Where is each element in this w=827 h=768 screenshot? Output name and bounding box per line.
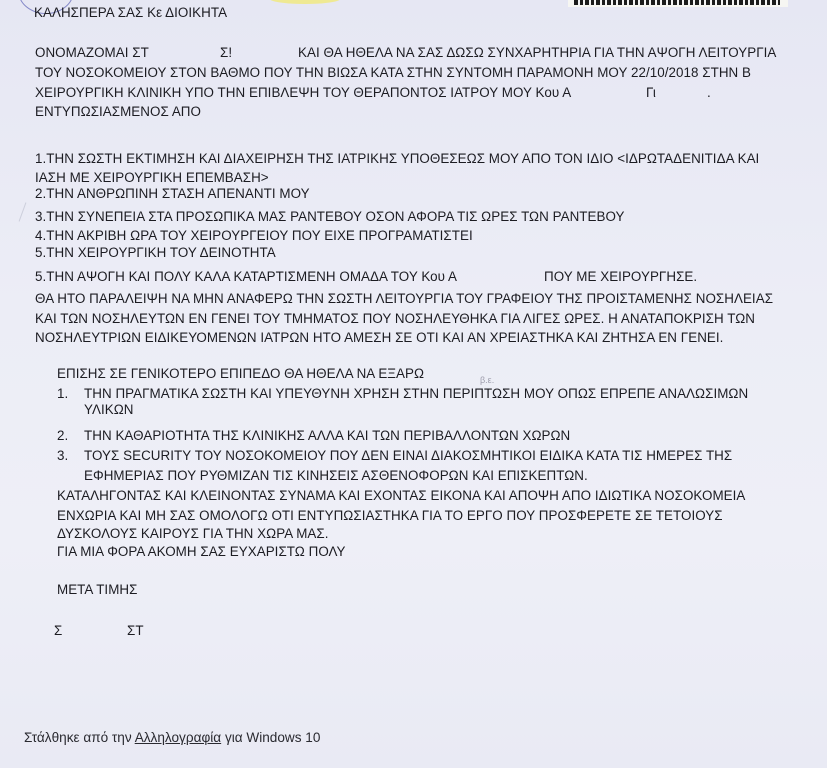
closing-line: ΕΝΧΩΡΙΑ ΚΑΙ ΜΗ ΣΑΣ ΟΜΟΛΟΓΩ ΟΤΙ ΕΝΤΥΠΩΣΙΑ… — [57, 508, 723, 524]
intro-line2: ΤΟΥ ΝΟΣΟΚΟΜΕΙΟΥ ΣΤΟΝ ΒΑΘΜΟ ΠΟΥ ΤΗΝ ΒΙΩΣΑ… — [35, 65, 751, 81]
point-line: 5.ΤΗΝ ΧΕΙΡΟΥΡΓΙΚΗ ΤΟΥ ΔΕΙΝΟΤΗΤΑ — [35, 245, 276, 261]
general-item-line: ΥΛΙΚΩΝ — [84, 402, 134, 418]
highlighter-mark — [270, 0, 340, 4]
mail-footer: Στάλθηκε από την Αλληλογραφία για Window… — [24, 730, 320, 745]
point6-rest: ΠΟΥ ΜΕ ΧΕΙΡΟΥΡΓΗΣΕ. — [544, 269, 697, 285]
intro-line3: ΧΕΙΡΟΥΡΓΙΚΗ ΚΛΙΝΙΚΗ ΥΠΟ ΤΗΝ ΕΠΙΒΛΕΨΗ ΤΟΥ… — [35, 85, 571, 101]
general-item-line: ΕΦΗΜΕΡΙΑΣ ΠΟΥ ΡΥΘΜΙΖΑΝ ΤΙΣ ΚΙΝΗΣΕΙΣ ΑΣΘΕ… — [84, 468, 588, 484]
closing-line: ΚΑΤΑΛΗΓΟΝΤΑΣ ΚΑΙ ΚΛΕΙΝΟΝΤΑΣ ΣΥΝΑΜΑ ΚΑΙ Ε… — [57, 488, 745, 504]
point-line: 2.ΤΗΝ ΑΝΘΡΩΠΙΝΗ ΣΤΑΣΗ ΑΠΕΝΑΝΤΙ ΜΟΥ — [35, 186, 310, 202]
intro-name-label: ΟΝΟΜΑΖΟΜΑΙ ΣΤ — [35, 45, 149, 61]
signoff: ΜΕΤΑ ΤΙΜΗΣ — [57, 582, 137, 598]
general-item-line: ΤΗΝ ΠΡΑΓΜΑΤΙΚΑ ΣΩΣΤΗ ΚΑΙ ΥΠΕΥΘΥΝΗ ΧΡΗΣΗ … — [84, 386, 748, 402]
point-line: 4.ΤΗΝ ΑΚΡΙΒΗ ΩΡΑ ΤΟΥ ΧΕΙΡΟΥΡΓΕΙΟΥ ΠΟΥ ΕΙ… — [35, 228, 473, 244]
point6-text: 5.ΤΗΝ ΑΨΟΓΗ ΚΑΙ ΠΟΛΥ ΚΑΛΑ ΚΑΤΑΡΤΙΣΜΕΝΗ Ο… — [35, 269, 457, 285]
general-item-line: ΤΗΝ ΚΑΘΑΡΙΟΤΗΤΑ ΤΗΣ ΚΛΙΝΙΚΗΣ ΑΛΛΑ ΚΑΙ ΤΩ… — [84, 428, 570, 444]
intro-line3-dot: . — [707, 85, 711, 101]
greeting: ΚΑΛΗΣΠΕΡΑ ΣΑΣ Κε ΔΙΟΙΚΗΤΑ — [34, 5, 227, 21]
barcode — [574, 0, 780, 5]
mail-app-link[interactable]: Αλληλογραφία — [135, 730, 221, 745]
point-line: 1.ΤΗΝ ΣΩΣΤΗ ΕΚΤΙΜΗΣΗ ΚΑΙ ΔΙΑΧΕΙΡΗΣΗ ΤΗΣ … — [35, 151, 759, 167]
margin-mark — [19, 202, 27, 221]
intro-line3-fragment: Γι — [646, 85, 656, 101]
pen-scribble — [460, 0, 500, 5]
point-line: ΙΑΣΗ ΜΕ ΧΕΙΡΟΥΡΓΙΚΗ ΕΠΕΜΒΑΣΗ> — [35, 170, 269, 186]
general-item-line: ΤΟΥΣ SECURITY ΤΟΥ ΝΟΣΟΚΟΜΕΙΟΥ ΠΟΥ ΔΕΝ ΕΙ… — [84, 448, 732, 464]
footer-prefix: Στάλθηκε από την — [24, 730, 132, 745]
paragraph2-line: ΘΑ ΗΤΟ ΠΑΡΑΛΕΙΨΗ ΝΑ ΜΗΝ ΑΝΑΦΕΡΩ ΤΗΝ ΣΩΣΤ… — [35, 291, 773, 307]
signature-initial: Σ — [54, 623, 62, 639]
intro-line4: ΕΝΤΥΠΩΣΙΑΣΜΕΝΟΣ ΑΠΟ — [35, 104, 201, 120]
general-intro: ΕΠΙΣΗΣ ΣΕ ΓΕΝΙΚΟΤΕΡΟ ΕΠΙΠΕΔΟ ΘΑ ΗΘΕΛΑ ΝΑ… — [57, 366, 424, 382]
intro-name-fragment: Σ! — [220, 45, 232, 61]
intro-line1: ΚΑΙ ΘΑ ΗΘΕΛΑ ΝΑ ΣΑΣ ΔΩΣΩ ΣΥΝΧΑΡΗΤΗΡΙΑ ΓΙ… — [298, 45, 776, 61]
footer-suffix: για Windows 10 — [225, 730, 321, 745]
closing-line: ΓΙΑ ΜΙΑ ΦΟΡΑ ΑΚΟΜΗ ΣΑΣ ΕΥΧΑΡΙΣΤΩ ΠΟΛΥ — [57, 544, 346, 560]
paragraph2-line: ΝΟΣΗΛΕΥΤΡΙΩΝ ΕΙΔΙΚΕΥΟΜΕΝΩΝ ΙΑΤΡΩΝ ΗΤΟ ΑΜ… — [35, 330, 723, 346]
general-item-number: 1. — [57, 386, 68, 402]
pen-annotation: β.ε. — [480, 375, 494, 385]
pen-scribble — [400, 0, 430, 5]
general-item-number: 3. — [57, 448, 68, 464]
general-item-number: 2. — [57, 428, 68, 444]
pen-scribble — [520, 0, 550, 5]
point-line: 3.ΤΗΝ ΣΥΝΕΠΕΙΑ ΣΤΑ ΠΡΟΣΩΠΙΚΑ ΜΑΣ ΡΑΝΤΕΒΟ… — [35, 209, 625, 225]
signature-initial: ΣΤ — [127, 623, 144, 639]
closing-line: ΔΥΣΚΟΛΟΥΣ ΚΑΙΡΟΥΣ ΓΙΑ ΤΗΝ ΧΩΡΑ ΜΑΣ. — [57, 526, 329, 542]
paragraph2-line: ΚΑΙ ΤΩΝ ΝΟΣΗΛΕΥΤΩΝ ΕΝ ΓΕΝΕΙ ΤΟΥ ΤΜΗΜΑΤΟΣ… — [35, 311, 755, 327]
